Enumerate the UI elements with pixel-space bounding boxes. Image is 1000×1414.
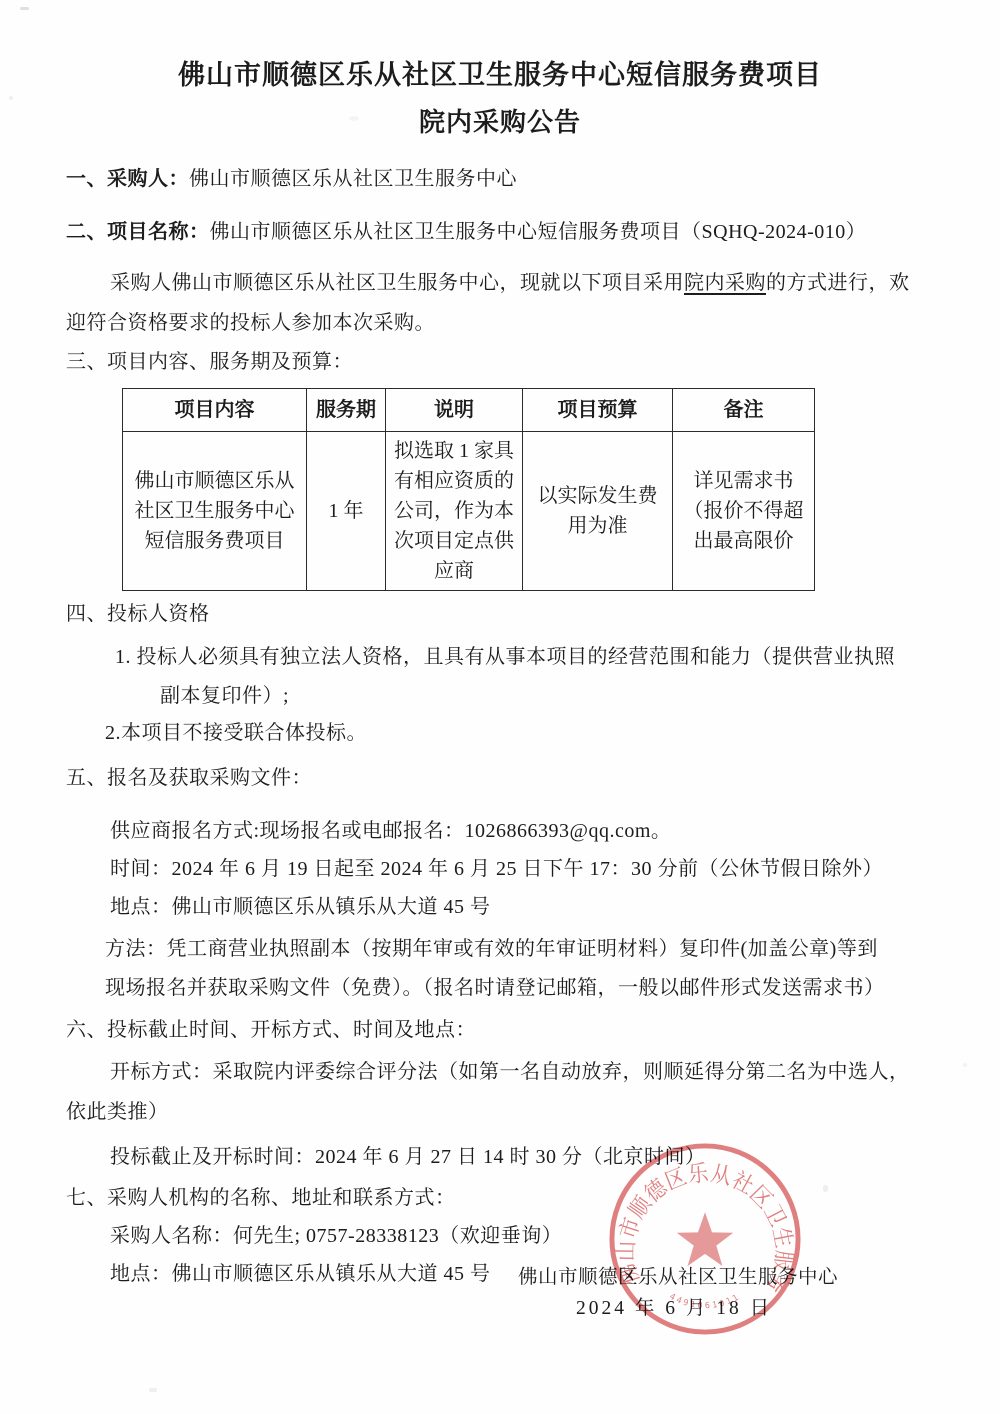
bid-deadline-line: 投标截止及开标时间：2024 年 6 月 27 日 14 时 30 分（北京时间…: [110, 1142, 934, 1172]
table-header-service-period: 服务期: [307, 389, 386, 432]
section-project-name: 二、项目名称：佛山市顺德区乐从社区卫生服务中心短信服务费项目（SQHQ-2024…: [66, 217, 934, 247]
table-row: 佛山市顺德区乐从社区卫生服务中心短信服务费项目 1 年 拟选取 1 家具有相应资…: [123, 432, 815, 591]
scan-artifact: [9, 96, 13, 100]
section-buyer: 一、采购人：佛山市顺德区乐从社区卫生服务中心: [66, 164, 934, 194]
cell-service-period: 1 年: [307, 432, 386, 591]
cell-remarks: 详见需求书（报价不得超出最高限价: [673, 432, 815, 591]
project-value: 佛山市顺德区乐从社区卫生服务中心短信服务费项目（SQHQ-2024-010）: [210, 221, 867, 243]
buyer-label: 一、采购人：: [66, 168, 189, 190]
scan-artifact: [823, 1185, 828, 1192]
table-header-content: 项目内容: [123, 389, 307, 432]
registration-time-line: 时间：2024 年 6 月 19 日起至 2024 年 6 月 25 日下午 1…: [110, 854, 934, 884]
section-contact-heading: 七、采购人机构的名称、地址和联系方式：: [66, 1183, 934, 1213]
section-qualification-heading: 四、投标人资格: [66, 599, 934, 629]
table-header-budget: 项目预算: [523, 389, 673, 432]
registration-location-line: 地点：佛山市顺德区乐从镇乐从大道 45 号: [110, 892, 934, 922]
registration-method-paragraph: 方法：凭工商营业执照副本（按期年审或有效的年审证明材料）复印件(加盖公章)等到 …: [105, 930, 934, 1008]
intro-paragraph: 采购人佛山市顺德区乐从社区卫生服务中心，现就以下项目采用院内采购的方式进行，欢 …: [66, 263, 934, 343]
bid-opening-method: 开标方式：采取院内评委综合评分法（如第一名自动放弃，则顺延得分第二名为中选人， …: [66, 1052, 934, 1132]
contact-name-line: 采购人名称：何先生; 0757-28338123（欢迎垂询）: [110, 1221, 934, 1251]
scan-artifact: [149, 1388, 157, 1392]
section-registration-heading: 五、报名及获取采购文件：: [66, 763, 934, 793]
registration-signup-line: 供应商报名方式:现场报名或电邮报名：1026866393@qq.com。: [110, 816, 934, 846]
qualification-item-2: 2.本项目不接受联合体投标。: [105, 717, 934, 749]
document-title-line1: 佛山市顺德区乐从社区卫生服务中心短信服务费项目: [66, 54, 934, 96]
scan-artifact: [349, 116, 359, 121]
intro-text-before: 采购人佛山市顺德区乐从社区卫生服务中心，现就以下项目采用: [110, 272, 684, 294]
scan-artifact: [20, 7, 29, 10]
project-table-wrap: 项目内容 服务期 说明 项目预算 备注 佛山市顺德区乐从社区卫生服务中心短信服务…: [122, 388, 934, 591]
project-label: 二、项目名称：: [66, 221, 210, 243]
section-bidding-heading: 六、投标截止时间、开标方式、时间及地点：: [66, 1015, 934, 1045]
table-header-description: 说明: [386, 389, 523, 432]
qualification-item-1: 1. 投标人必须具有独立法人资格，且具有从事本项目的经营范围和能力（提供营业执照…: [115, 638, 934, 716]
table-header-remarks: 备注: [673, 389, 815, 432]
signature-date: 2024 年 6 月 18 日: [576, 1294, 772, 1324]
buyer-value: 佛山市顺德区乐从社区卫生服务中心: [189, 168, 517, 190]
intro-underlined-term: 院内采购: [684, 272, 766, 294]
cell-project-content: 佛山市顺德区乐从社区卫生服务中心短信服务费项目: [123, 432, 307, 591]
scan-artifact: [963, 1063, 967, 1067]
cell-description: 拟选取 1 家具有相应资质的公司，作为本次项目定点供应商: [386, 432, 523, 591]
project-table: 项目内容 服务期 说明 项目预算 备注 佛山市顺德区乐从社区卫生服务中心短信服务…: [122, 388, 815, 591]
document-page: 佛山市顺德区乐从社区卫生服务中心短信服务费项目 院内采购公告 一、采购人：佛山市…: [0, 0, 1000, 1414]
table-header-row: 项目内容 服务期 说明 项目预算 备注: [123, 389, 815, 432]
section-content-heading: 三、项目内容、服务期及预算：: [66, 347, 934, 377]
signature-org-name: 佛山市顺德区乐从社区卫生服务中心: [518, 1263, 838, 1293]
cell-budget: 以实际发生费用为准: [523, 432, 673, 591]
document-title-line2: 院内采购公告: [66, 102, 934, 144]
